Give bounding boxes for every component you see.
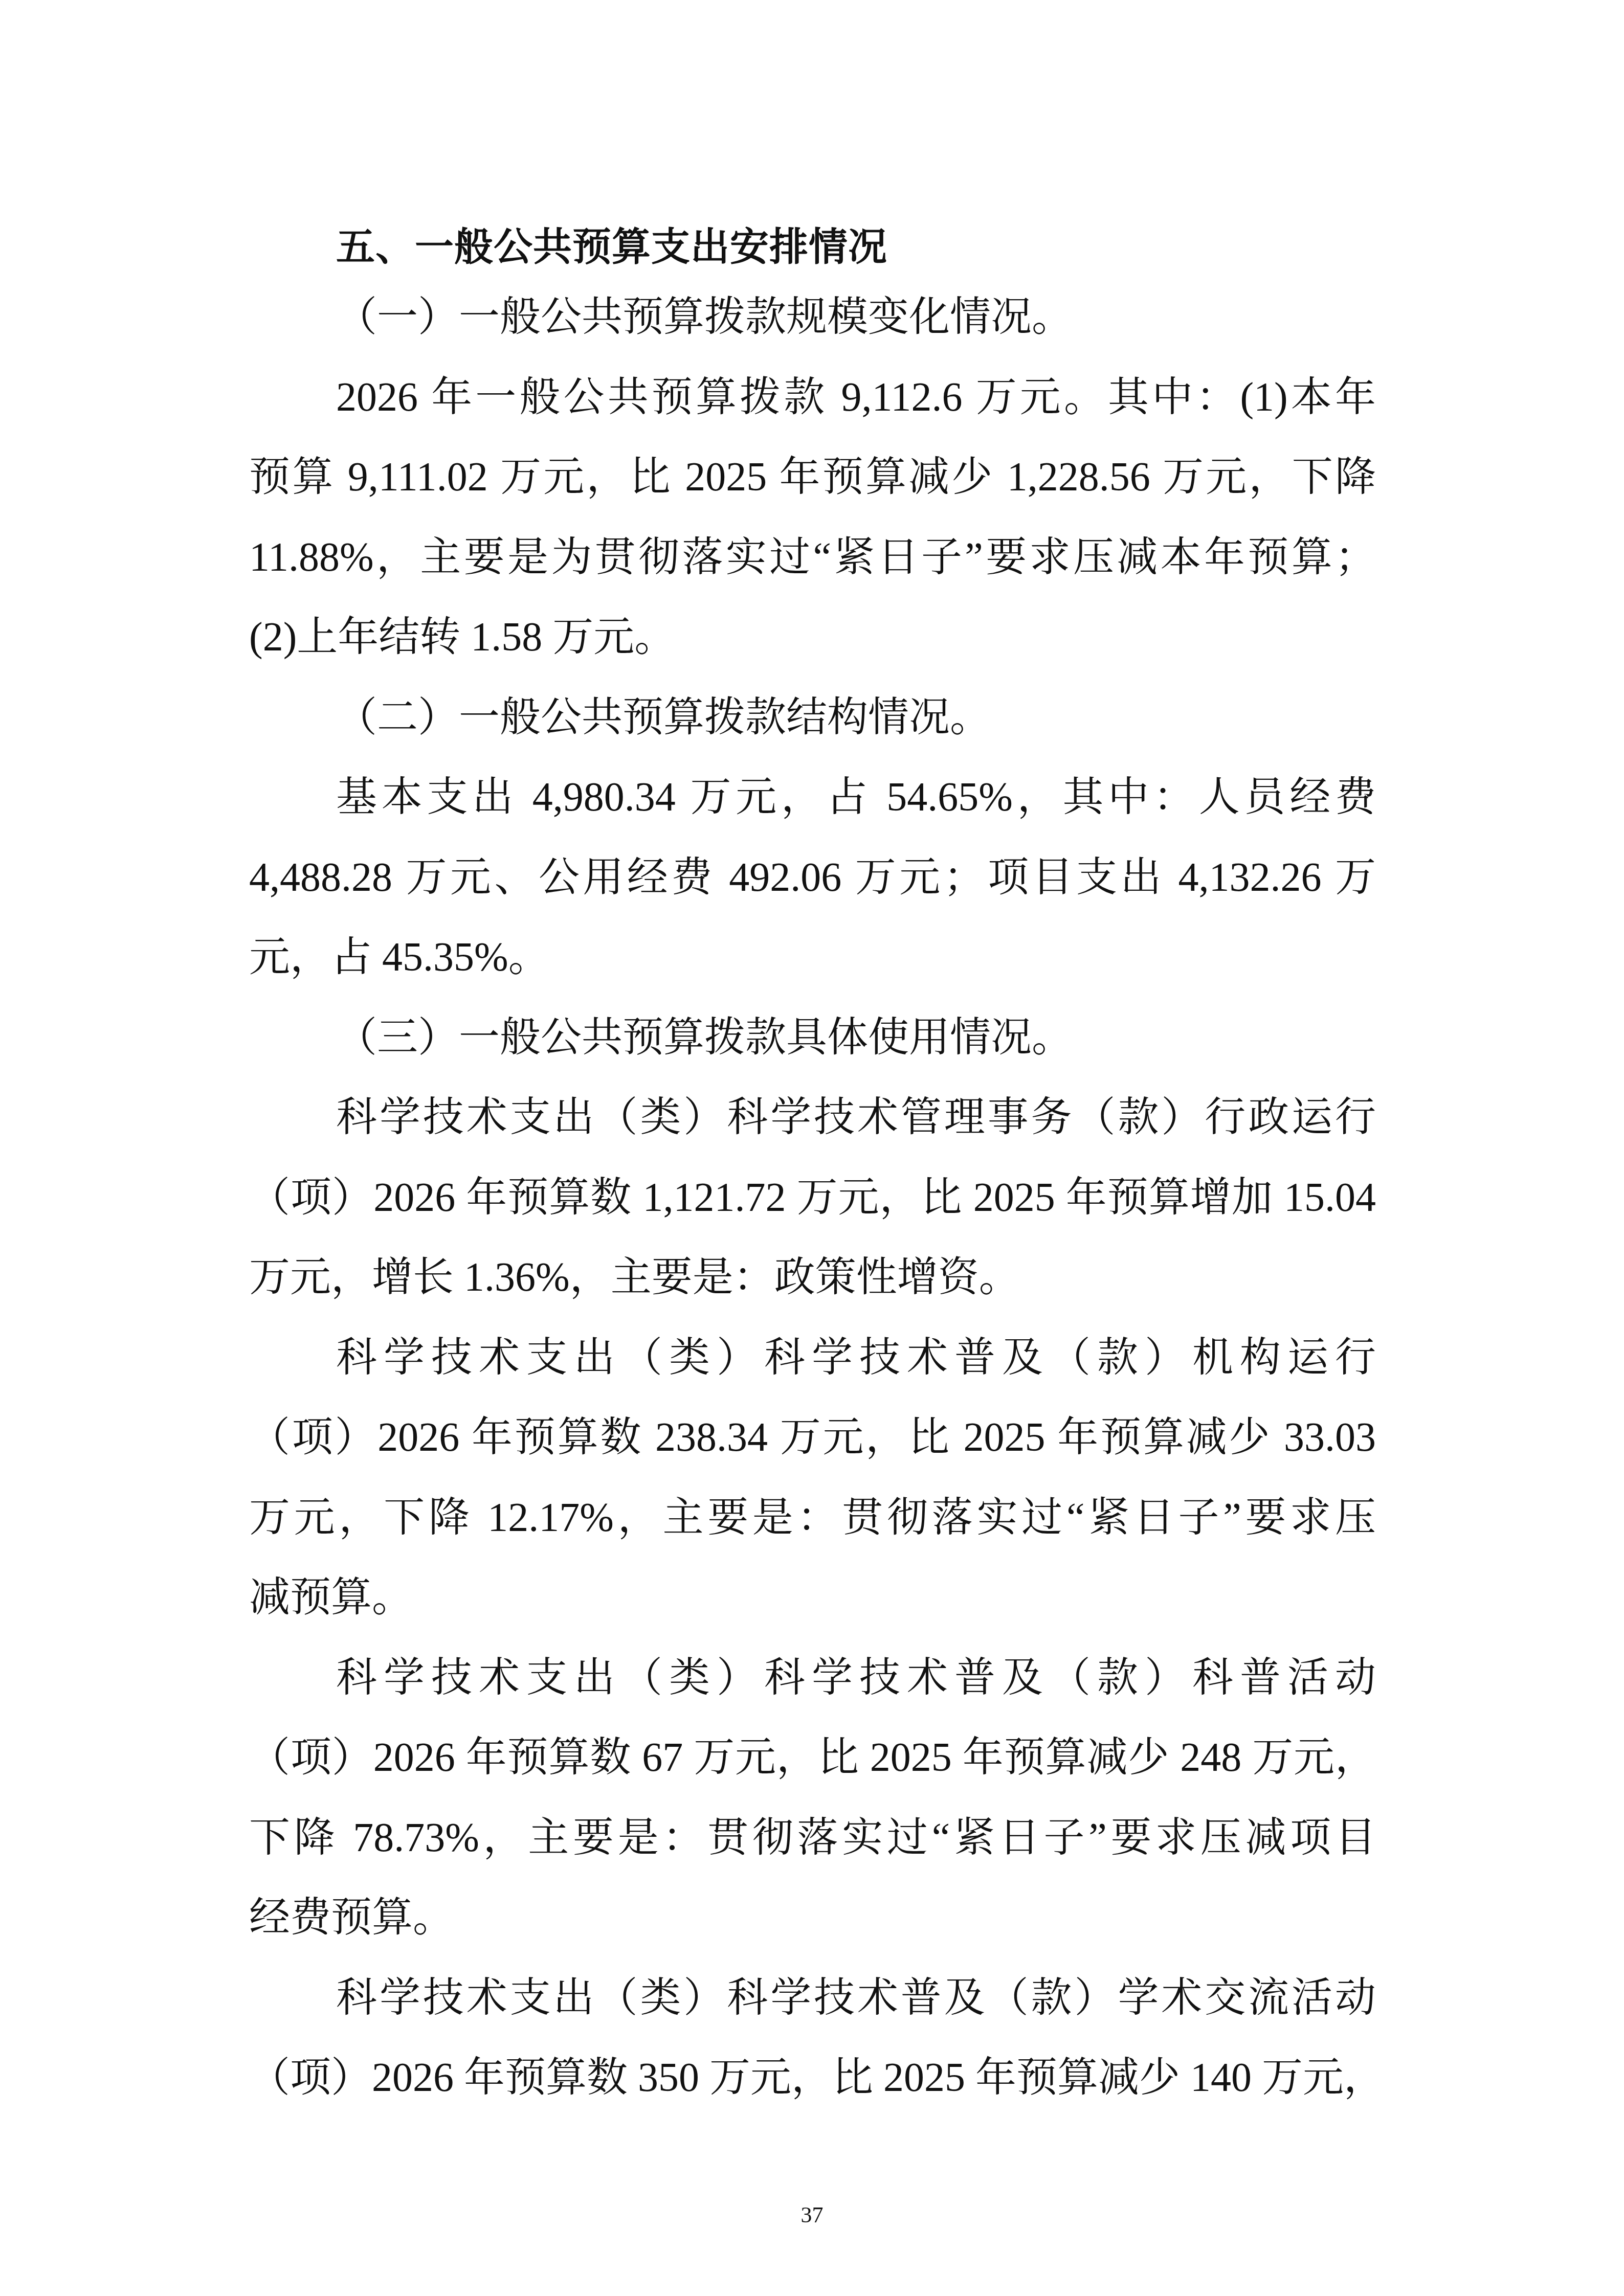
text-line: 万元，下降 12.17%，主要是：贯彻落实过“紧日子”要求压 <box>249 1490 1376 1546</box>
text-line: （项）2026 年预算数 238.34 万元，比 2025 年预算减少 33.0… <box>249 1409 1376 1466</box>
text-line: 4,488.28 万元、公用经费 492.06 万元；项目支出 4,132.26… <box>249 849 1376 906</box>
text-line: （项）2026 年预算数 350 万元，比 2025 年预算减少 140 万元， <box>249 2050 1376 2106</box>
text-line: 2026 年一般公共预算拨款 9,112.6 万元。其中：(1)本年 <box>336 369 1376 425</box>
text-line: 科学技术支出（类）科学技术普及（款）学术交流活动 <box>336 1970 1376 2026</box>
text-line: 减预算。 <box>249 1569 1376 1626</box>
text-line: 科学技术支出（类）科学技术普及（款）机构运行 <box>336 1330 1376 1386</box>
text-line: 预算 9,111.02 万元，比 2025 年预算减少 1,228.56 万元，… <box>249 449 1376 505</box>
text-line: （一）一般公共预算拨款规模变化情况。 <box>336 289 1376 345</box>
text-line: 元，占 45.35%。 <box>249 929 1376 985</box>
text-line: 科学技术支出（类）科学技术普及（款）科普活动 <box>336 1650 1376 1706</box>
text-line: 下降 78.73%，主要是：贯彻落实过“紧日子”要求压减项目 <box>249 1810 1376 1866</box>
text-line: （项）2026 年预算数 1,121.72 万元，比 2025 年预算增加 15… <box>249 1169 1376 1226</box>
section-heading: 五、一般公共预算支出安排情况 <box>336 219 887 275</box>
text-line: 11.88%，主要是为贯彻落实过“紧日子”要求压减本年预算； <box>249 529 1376 586</box>
text-line: （三）一般公共预算拨款具体使用情况。 <box>336 1009 1376 1066</box>
text-line: （二）一般公共预算拨款结构情况。 <box>336 689 1376 746</box>
page-number: 37 <box>0 2200 1624 2231</box>
text-line: （项）2026 年预算数 67 万元，比 2025 年预算减少 248 万元， <box>249 1729 1376 1786</box>
document-page: 五、一般公共预算支出安排情况 （一）一般公共预算拨款规模变化情况。2026 年一… <box>0 0 1624 2296</box>
text-line: 基本支出 4,980.34 万元，占 54.65%，其中：人员经费 <box>336 769 1376 825</box>
text-line: 经费预算。 <box>249 1889 1376 1946</box>
text-line: (2)上年结转 1.58 万元。 <box>249 609 1376 665</box>
text-line: 万元，增长 1.36%，主要是：政策性增资。 <box>249 1249 1376 1305</box>
text-line: 科学技术支出（类）科学技术管理事务（款）行政运行 <box>336 1089 1376 1145</box>
